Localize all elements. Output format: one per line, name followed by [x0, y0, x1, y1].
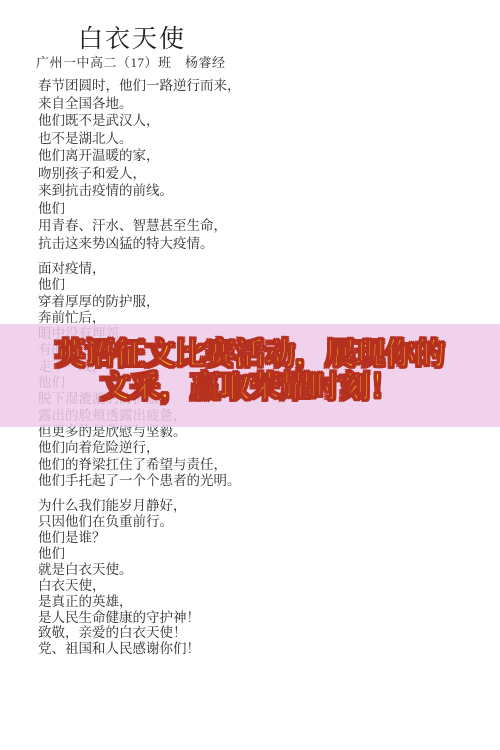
- poem-line: 用青春、汗水、智慧甚至生命，: [38, 217, 241, 235]
- poem-line: 党、祖国和人民感谢你们！: [38, 641, 241, 657]
- poem-title: 白衣天使: [0, 19, 264, 55]
- poem-line: 面对疫情，: [38, 261, 241, 277]
- poem-line: 他们既不是武汉人，: [38, 112, 241, 130]
- poem-line: 来到抗击疫情的前线。: [38, 182, 241, 200]
- poem-stanza: 为什么我们能岁月静好，只因他们在负重前行。他们是谁？他们就是白衣天使。白衣天使，…: [38, 498, 241, 657]
- promo-banner-line2: 文采，赢取荣耀时刻！: [55, 371, 445, 404]
- poem-line: 他们手托起了一个个患者的光明。: [38, 473, 241, 489]
- poem-byline: 广州一中高二（17）班 杨睿经: [36, 52, 226, 71]
- poem-line: 只因他们在负重前行。: [38, 514, 241, 530]
- poem-line: 他们的脊梁扛住了希望与责任，: [38, 457, 241, 473]
- poem-line: 抗击这来势凶猛的特大疫情。: [38, 235, 241, 253]
- poem-stanza: 春节团圆时，他们一路逆行而来，来自全国各地。他们既不是武汉人，也不是湖北人。他们…: [38, 77, 241, 252]
- poem-line: 他们是谁？: [38, 530, 241, 546]
- poem-line: 白衣天使，: [38, 578, 241, 594]
- promo-banner-text: 英语征文比赛活动，展现你的 文采，赢取荣耀时刻！: [55, 338, 445, 404]
- poem-line: 他们: [38, 546, 241, 562]
- poem-line: 就是白衣天使。: [38, 562, 241, 578]
- poem-line: 他们: [38, 200, 241, 218]
- poem-line: 穿着厚厚的防护服，: [38, 294, 241, 310]
- poem-line: 他们离开温暖的家，: [38, 147, 241, 165]
- document-page: 白衣天使 广州一中高二（17）班 杨睿经 春节团圆时，他们一路逆行而来，来自全国…: [0, 0, 500, 750]
- poem-line: 是真正的英雄，: [38, 594, 241, 610]
- poem-line: 致敬，亲爱的白衣天使！: [38, 625, 241, 641]
- poem-line: 吻别孩子和爱人，: [38, 165, 241, 183]
- poem-line: 春节团圆时，他们一路逆行而来，: [38, 77, 241, 95]
- poem-line: 他们向着危险逆行，: [38, 440, 241, 456]
- poem-line: 也不是湖北人。: [38, 130, 241, 148]
- poem-line: 他们: [38, 277, 241, 293]
- poem-line: 为什么我们能岁月静好，: [38, 498, 241, 514]
- poem-line: 是人民生命健康的守护神！: [38, 610, 241, 626]
- promo-banner: 英语征文比赛活动，展现你的 文采，赢取荣耀时刻！: [0, 324, 500, 427]
- poem-line: 来自全国各地。: [38, 95, 241, 113]
- promo-banner-line1: 英语征文比赛活动，展现你的: [55, 338, 445, 371]
